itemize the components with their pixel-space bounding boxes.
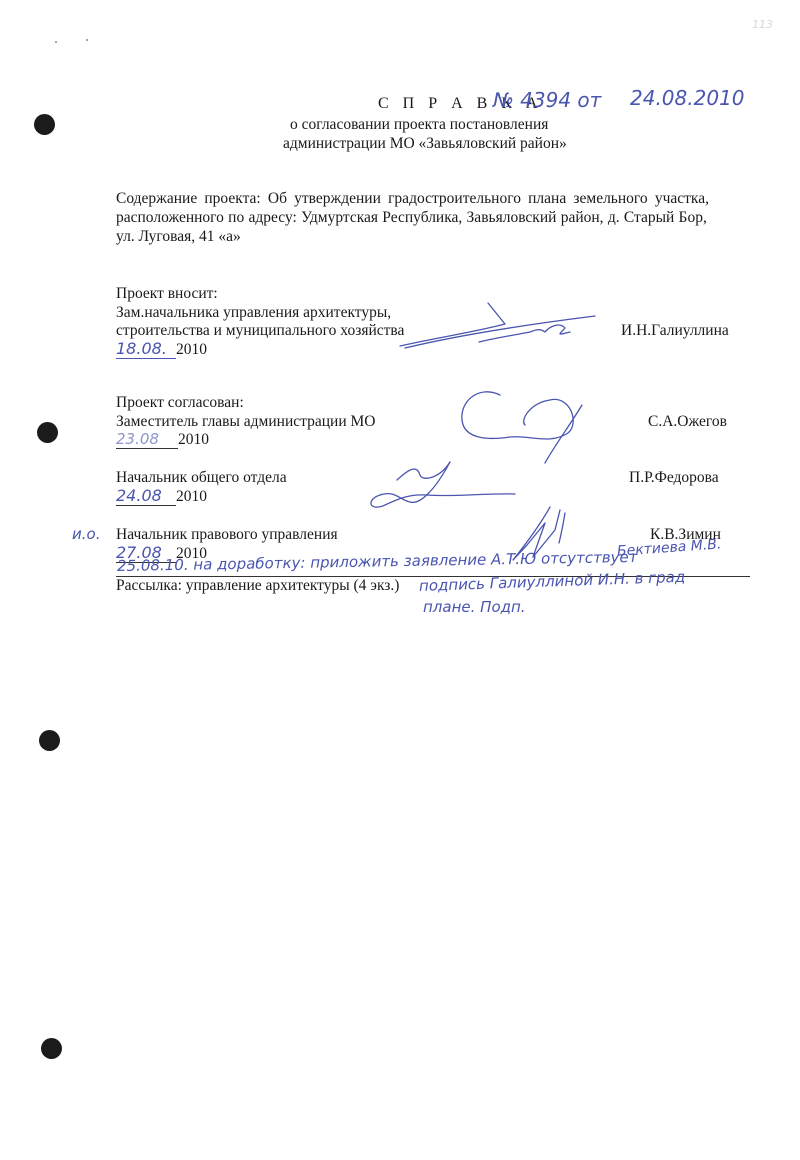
approval-name: С.А.Ожегов: [648, 413, 727, 431]
submitter-position-line2: строительства и муниципального хозяйства: [116, 322, 404, 340]
punch-hole: [41, 1038, 62, 1059]
approval-position: Начальник правового управления: [116, 526, 338, 544]
handwritten-doc-date: 24.08.2010: [630, 86, 745, 110]
submitter-date-handwritten: 18.08.: [116, 339, 176, 359]
approval-date-handwritten: 23.08: [116, 430, 178, 449]
submitter-year: 2010: [176, 341, 207, 358]
approval-position: Заместитель главы администрации МО: [116, 413, 375, 431]
signature-fedorova: [365, 460, 515, 510]
submitter-heading: Проект вносит:: [116, 285, 218, 303]
submitter-position-line1: Зам.начальника управления архитектуры,: [116, 304, 391, 322]
approval-date: 24.082010: [116, 486, 207, 506]
submitter-date: 18.08.2010: [116, 339, 207, 359]
signature-ozhegov: [450, 385, 590, 465]
approval-year: 2010: [176, 488, 207, 505]
signature-galiullina: [395, 298, 595, 358]
handwritten-note-line2: подпись Галиуллиной И.Н. в град: [419, 568, 686, 595]
content-line3: ул. Луговая, 41 «а»: [116, 228, 241, 246]
approval-year: 2010: [178, 431, 209, 448]
approval-date: 23.082010: [116, 430, 209, 449]
handwritten-note-line3: плане. Подп.: [423, 598, 526, 616]
approval-position: Начальник общего отдела: [116, 469, 287, 487]
subtitle-line2: администрации МО «Завьяловский район»: [283, 135, 567, 153]
acting-prefix-handwritten: и.о.: [72, 525, 100, 543]
approval-date-handwritten: 24.08: [116, 486, 176, 506]
scan-speck: [86, 39, 88, 41]
punch-hole: [39, 730, 60, 751]
punch-hole: [37, 422, 58, 443]
subtitle-line1: о согласовании проекта постановления: [290, 116, 548, 134]
submitter-name: И.Н.Галиуллина: [621, 322, 729, 340]
scan-speck: [55, 41, 57, 43]
distribution-text: Рассылка: управление архитектуры (4 экз.…: [116, 577, 399, 595]
page-number-mark: 113: [752, 18, 773, 31]
approval-name: П.Р.Федорова: [629, 469, 719, 487]
approvals-heading: Проект согласован:: [116, 394, 244, 412]
punch-hole: [34, 114, 55, 135]
content-line2: расположенного по адресу: Удмуртская Рес…: [116, 209, 707, 227]
handwritten-doc-number: № 4394 от: [493, 88, 601, 112]
content-line1: Содержание проекта: Об утверждении градо…: [116, 190, 709, 208]
